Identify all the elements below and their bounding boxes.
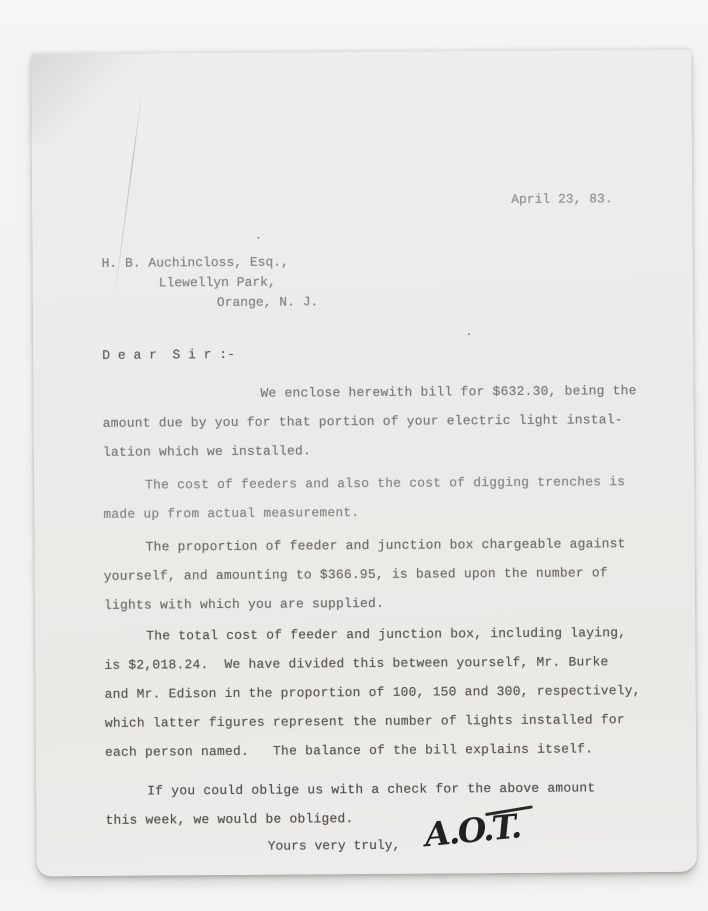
body-line: lights with which you are supplied. <box>104 587 652 620</box>
body-line: If you could oblige us with a check for … <box>105 773 653 806</box>
scan-speck <box>257 237 259 239</box>
paragraph-3: The proportion of feeder and junction bo… <box>103 529 652 620</box>
paragraph-1: We enclose herewith bill for $632.30, be… <box>102 376 651 467</box>
body-line: The cost of feeders and also the cost of… <box>103 467 651 500</box>
scanned-letter-page: April 23, 83. H. B. Auchincloss, Esq., L… <box>31 50 697 877</box>
recipient-address-line2: Orange, N. J. <box>102 292 319 314</box>
body-line: yourself, and amounting to $366.95, is b… <box>104 558 652 591</box>
body-line: made up from actual measurement. <box>103 496 651 529</box>
body-line: The total cost of feeder and junction bo… <box>104 618 652 651</box>
paragraph-2: The cost of feeders and also the cost of… <box>103 467 651 529</box>
body-line: and Mr. Edison in the proportion of 100,… <box>105 676 653 709</box>
body-line: this week, we would be obliged. <box>105 802 653 835</box>
scan-speck <box>468 333 470 335</box>
recipient-address-line1: Llewellyn Park, <box>102 272 319 294</box>
recipient-name: H. B. Auchincloss, Esq., <box>102 252 319 274</box>
signature-initials: A.O.T. <box>423 806 521 854</box>
body-line: We enclose herewith bill for $632.30, be… <box>102 376 650 409</box>
letter-date: April 23, 83. <box>511 191 613 207</box>
body-line: The proportion of feeder and junction bo… <box>103 529 651 562</box>
closing-phrase: Yours very truly, <box>268 838 401 854</box>
body-line: lation which we installed. <box>103 434 651 467</box>
body-line: which latter figures represent the numbe… <box>105 705 653 738</box>
recipient-address-block: H. B. Auchincloss, Esq., Llewellyn Park,… <box>102 252 319 314</box>
salutation: D e a r S i r :- <box>102 347 235 363</box>
body-line: each person named. The balance of the bi… <box>105 734 653 767</box>
paragraph-4: The total cost of feeder and junction bo… <box>104 618 653 767</box>
body-line: is $2,018.24. We have divided this betwe… <box>104 647 652 680</box>
paragraph-5: If you could oblige us with a check for … <box>105 773 653 835</box>
body-line: amount due by you for that portion of yo… <box>103 405 651 438</box>
letter-body: We enclose herewith bill for $632.30, be… <box>102 376 653 835</box>
